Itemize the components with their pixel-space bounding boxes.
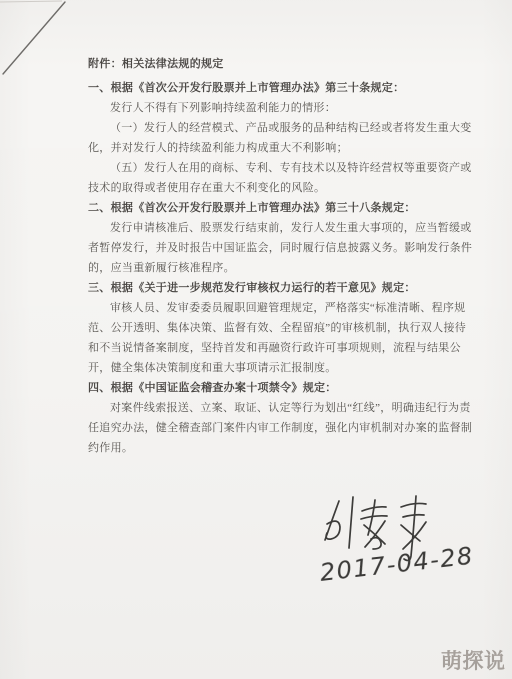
text-line: 的，应当重新履行核准程序。 [88, 258, 470, 278]
text-line: 任追究办法，健全稽查部门案件内审工作制度，强化内审机制对办案的监督制 [88, 418, 470, 438]
section-3-heading: 三、根据《关于进一步规范发行审核权力运行的若干意见》规定： [88, 278, 470, 298]
text-line: 和不当说情备案制度，坚持首发和再融资行政许可事项规则，流程与结果公 [88, 338, 470, 358]
text-line: 约作用。 [88, 438, 470, 458]
section-2-heading: 二、根据《首次公开发行股票并上市管理办法》第三十八条规定： [88, 198, 470, 218]
text-line: 范、公开透明、集体决策、监督有效、全程留痕”的审核机制，执行双人接待 [88, 318, 470, 338]
text-line: （五）发行人在用的商标、专利、专有技术以及特许经营权等重要资产或 [88, 158, 470, 178]
section-4-heading: 四、根据《中国证监会稽查办案十项禁令》规定： [88, 378, 470, 398]
text-line: 者暂停发行，并及时报告中国证监会，同时履行信息披露义务。影响发行条件 [88, 238, 470, 258]
watermark-label: 萌探说 [441, 645, 506, 675]
section-3: 三、根据《关于进一步规范发行审核权力运行的若干意见》规定： 审核人员、发审委委员… [88, 278, 470, 378]
attachment-title: 附件：相关法律法规的规定 [88, 54, 470, 74]
text-line: （一）发行人的经营模式、产品或服务的品种结构已经或者将发生重大变 [88, 118, 470, 138]
text-line: 技术的取得或者使用存在重大不利变化的风险。 [88, 178, 470, 198]
scanned-document-page: 附件：相关法律法规的规定 一、根据《首次公开发行股票并上市管理办法》第三十条规定… [0, 0, 512, 679]
text-line: 审核人员、发审委委员履职回避管理规定，严格落实“标准清晰、程序规 [88, 298, 470, 318]
section-1: 一、根据《首次公开发行股票并上市管理办法》第三十条规定： 发行人不得有下列影响持… [88, 78, 470, 198]
page-corner-fold-line-icon [0, 0, 80, 80]
text-line: 发行申请核准后、股票发行结束前，发行人发生重大事项的，应当暂缓或 [88, 218, 470, 238]
text-line: 化，并对发行人的持续盈利能力构成重大不利影响； [88, 138, 470, 158]
section-2: 二、根据《首次公开发行股票并上市管理办法》第三十八条规定： 发行申请核准后、股票… [88, 198, 470, 278]
text-line: 开，健全集体决策制度和重大事项请示汇报制度。 [88, 358, 470, 378]
section-1-heading: 一、根据《首次公开发行股票并上市管理办法》第三十条规定： [88, 78, 470, 98]
text-line: 对案件线索报送、立案、取证、认定等行为划出“红线”，明确违纪行为责 [88, 398, 470, 418]
document-body: 附件：相关法律法规的规定 一、根据《首次公开发行股票并上市管理办法》第三十条规定… [88, 54, 470, 458]
section-4: 四、根据《中国证监会稽查办案十项禁令》规定： 对案件线索报送、立案、取证、认定等… [88, 378, 470, 458]
text-line: 发行人不得有下列影响持续盈利能力的情形： [88, 98, 470, 118]
